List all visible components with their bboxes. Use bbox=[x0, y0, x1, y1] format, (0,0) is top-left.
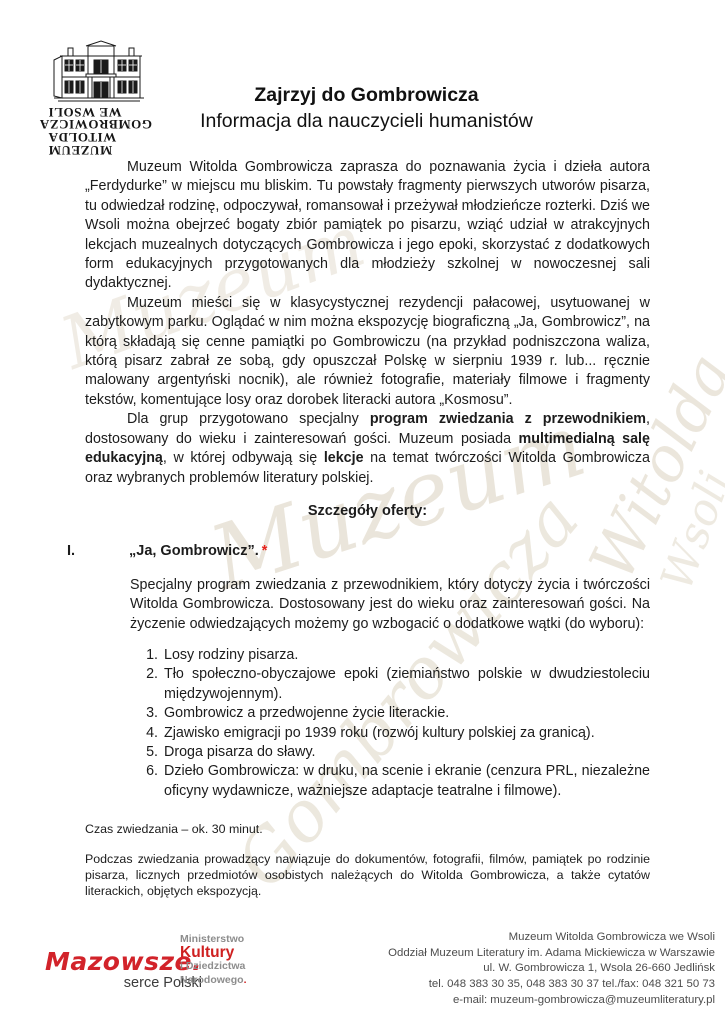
section-description: Specjalny program zwiedzania z przewodni… bbox=[85, 576, 650, 634]
ministry-red-dot: . bbox=[244, 974, 247, 986]
list-item: Droga pisarza do sławy. bbox=[162, 743, 650, 762]
section-heading: I. „Ja, Gombrowicz”.* bbox=[67, 542, 650, 561]
intro-paragraph-2: Muzeum mieści się w klasycystycznej rezy… bbox=[85, 294, 650, 410]
mazowsze-tagline: serce Polski bbox=[45, 975, 202, 991]
paragraph-text: , w której odbywają się bbox=[163, 450, 324, 466]
required-asterisk: * bbox=[262, 543, 268, 559]
list-item: Gombrowicz a przedwojenne życie literack… bbox=[162, 704, 650, 723]
document-footer: Mazowsze. serce Polski Ministerstwo Kult… bbox=[0, 926, 725, 1016]
duration-note: Czas zwiedzania – ok. 30 minut. bbox=[85, 822, 650, 838]
details-note: Podczas zwiedzania prowadzący nawiązuje … bbox=[85, 852, 650, 899]
contact-line: Oddział Muzeum Literatury im. Adama Mick… bbox=[388, 946, 715, 962]
document-body: Muzeum Witolda Gombrowicza zaprasza do p… bbox=[85, 158, 650, 899]
contact-line: e-mail: muzeum-gombrowicza@muzeumliterat… bbox=[388, 993, 715, 1009]
list-item: Tło społeczno-obyczajowe epoki (ziemiańs… bbox=[162, 665, 650, 704]
ministry-line: Narodowego. bbox=[180, 972, 247, 988]
intro-paragraph-3: Dla grup przygotowano specjalny program … bbox=[85, 410, 650, 488]
page-subtitle: Informacja dla nauczycieli humanistów bbox=[0, 108, 725, 135]
list-item: Zjawisko emigracji po 1939 roku (rozwój … bbox=[162, 724, 650, 743]
contact-line: ul. W. Gombrowicza 1, Wsola 26-660 Jedli… bbox=[388, 961, 715, 977]
section-numeral: I. bbox=[67, 542, 129, 561]
mazowsze-logo: Mazowsze. serce Polski bbox=[45, 948, 202, 991]
watermark-word: Wsoli bbox=[651, 464, 725, 597]
topic-list: Losy rodziny pisarza. Tło społeczno-obyc… bbox=[85, 646, 650, 801]
list-item: Dzieło Gombrowicza: w druku, na scenie i… bbox=[162, 762, 650, 801]
ministry-line: Kultury bbox=[180, 945, 247, 961]
ministry-logo: Ministerstwo Kultury i Dziedzictwa Narod… bbox=[180, 934, 247, 988]
paragraph-text: Dla grup przygotowano specjalny bbox=[127, 411, 370, 427]
list-item: Losy rodziny pisarza. bbox=[162, 646, 650, 665]
section-title: „Ja, Gombrowicz”.* bbox=[129, 542, 267, 561]
ministry-line: i Dziedzictwa bbox=[180, 961, 247, 972]
contact-line: tel. 048 383 30 35, 048 383 30 37 tel./f… bbox=[388, 977, 715, 993]
contact-block: Muzeum Witolda Gombrowicza we Wsoli Oddz… bbox=[388, 930, 715, 1009]
intro-paragraph-1: Muzeum Witolda Gombrowicza zaprasza do p… bbox=[85, 158, 650, 294]
document-header: Zajrzyj do Gombrowicza Informacja dla na… bbox=[0, 82, 725, 135]
ministry-line-text: Narodowego bbox=[180, 974, 244, 986]
bold-phrase: program zwiedzania z przewodnikiem bbox=[370, 411, 646, 427]
logo-text-line: MUZEUM bbox=[48, 143, 152, 156]
section-title-text: „Ja, Gombrowicz”. bbox=[129, 543, 259, 559]
mazowsze-wordmark: Mazowsze. bbox=[45, 948, 202, 975]
offer-heading: Szczegóły oferty: bbox=[85, 502, 650, 521]
bold-phrase: lekcje bbox=[324, 450, 364, 466]
page-title: Zajrzyj do Gombrowicza bbox=[0, 82, 725, 108]
contact-line: Muzeum Witolda Gombrowicza we Wsoli bbox=[388, 930, 715, 946]
document-page: Muzeum Muzeum Witolda Gombrowicza Wsoli bbox=[0, 0, 725, 1024]
